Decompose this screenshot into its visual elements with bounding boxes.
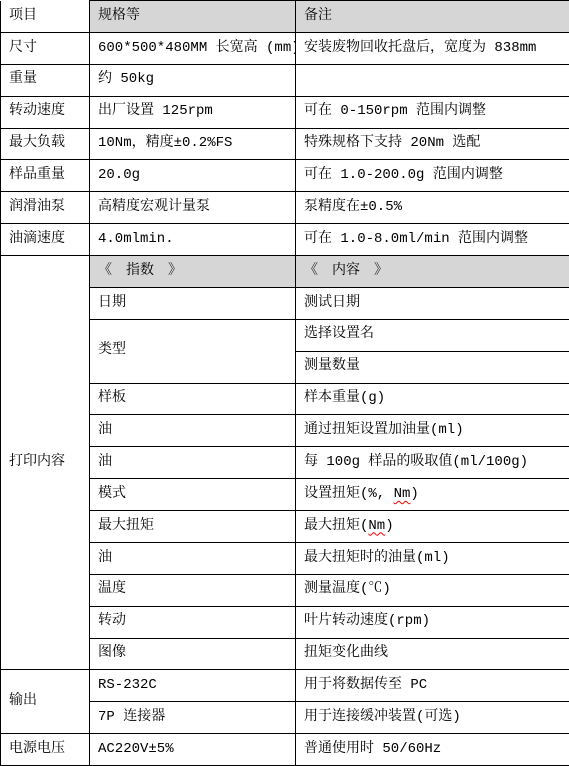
spec-cell: 约 50kg — [90, 64, 296, 96]
spec-cell: 4.0mlmin. — [90, 224, 296, 256]
print-index-cell: 图像 — [90, 638, 296, 670]
print-content-cell: 样本重量(g) — [296, 383, 569, 415]
print-index-cell: 日期 — [90, 287, 296, 319]
print-content-cell: 扭矩变化曲线 — [296, 638, 569, 670]
print-content-header-cell: 《 内容 》 — [296, 256, 569, 288]
item-cell: 样品重量 — [1, 160, 90, 192]
spec-row-rotation-speed: 转动速度 出厂设置 125rpm 可在 0-150rpm 范围内调整 — [1, 96, 569, 128]
header-spec-cell: 规格等 — [90, 1, 296, 33]
content-text: ) — [385, 518, 393, 534]
note-cell: 特殊规格下支持 20Nm 选配 — [296, 128, 569, 160]
print-index-header-cell: 《 指数 》 — [90, 256, 296, 288]
print-content-cell: 设置扭矩(%, Nm) — [296, 479, 569, 511]
print-content-cell: 测试日期 — [296, 287, 569, 319]
item-cell: 最大负载 — [1, 128, 90, 160]
spec-cell: AC220V±5% — [90, 734, 296, 766]
note-cell: 用于连接缓冲装置(可选) — [296, 702, 569, 734]
print-index-cell: 油 — [90, 447, 296, 479]
misspelled-nm: Nm — [368, 518, 385, 534]
print-content-cell: 叶片转动速度(rpm) — [296, 606, 569, 638]
content-text: 设置扭矩(%, — [304, 486, 394, 502]
print-index-cell: 最大扭矩 — [90, 511, 296, 543]
print-section-cell: 打印内容 — [1, 256, 90, 670]
spec-cell: 高精度宏观计量泵 — [90, 192, 296, 224]
print-index-cell: 油 — [90, 415, 296, 447]
note-cell — [296, 64, 569, 96]
note-cell: 安装废物回收托盘后，宽度为 838mm — [296, 32, 569, 64]
note-cell: 普通使用时 50/60Hz — [296, 734, 569, 766]
print-index-cell: 转动 — [90, 606, 296, 638]
misspelled-nm: Nm — [394, 486, 411, 502]
spec-row-dimensions: 尺寸 600*500*480MM 长宽高 (mm) 安装废物回收托盘后，宽度为 … — [1, 32, 569, 64]
note-cell: 可在 1.0-200.0g 范围内调整 — [296, 160, 569, 192]
item-cell: 润滑油泵 — [1, 192, 90, 224]
item-cell: 电源电压 — [1, 734, 90, 766]
print-index-cell: 样板 — [90, 383, 296, 415]
note-cell: 可在 1.0-8.0ml/min 范围内调整 — [296, 224, 569, 256]
note-cell: 可在 0-150rpm 范围内调整 — [296, 96, 569, 128]
spec-cell: RS-232C — [90, 670, 296, 702]
spec-row-max-load: 最大负载 10Nm，精度±0.2%FS 特殊规格下支持 20Nm 选配 — [1, 128, 569, 160]
content-text: 最大扭矩( — [304, 518, 368, 534]
spec-row-sample-weight: 样品重量 20.0g 可在 1.0-200.0g 范围内调整 — [1, 160, 569, 192]
print-index-cell: 类型 — [90, 319, 296, 383]
spec-cell: 7P 连接器 — [90, 702, 296, 734]
print-content-cell: 测量温度(℃) — [296, 574, 569, 606]
note-cell: 用于将数据传至 PC — [296, 670, 569, 702]
spec-cell: 出厂设置 125rpm — [90, 96, 296, 128]
note-cell: 泵精度在±0.5% — [296, 192, 569, 224]
print-content-cell: 测量数量 — [296, 351, 569, 383]
spec-row-power-voltage: 电源电压 AC220V±5% 普通使用时 50/60Hz — [1, 734, 569, 766]
spec-table: 项目 规格等 备注 尺寸 600*500*480MM 长宽高 (mm) 安装废物… — [0, 0, 569, 766]
item-cell: 油滴速度 — [1, 224, 90, 256]
spec-cell: 600*500*480MM 长宽高 (mm) — [90, 32, 296, 64]
item-cell: 重量 — [1, 64, 90, 96]
header-row: 项目 规格等 备注 — [1, 1, 569, 33]
item-cell: 转动速度 — [1, 96, 90, 128]
output-row-rs232c: 输出 RS-232C 用于将数据传至 PC — [1, 670, 569, 702]
print-content-cell: 每 100g 样品的吸取值(ml/100g) — [296, 447, 569, 479]
item-cell: 尺寸 — [1, 32, 90, 64]
print-content-cell: 最大扭矩(Nm) — [296, 511, 569, 543]
content-text: ) — [410, 486, 418, 502]
header-item-cell: 项目 — [1, 1, 90, 33]
spec-row-oil-pump: 润滑油泵 高精度宏观计量泵 泵精度在±0.5% — [1, 192, 569, 224]
spec-row-drip-rate: 油滴速度 4.0mlmin. 可在 1.0-8.0ml/min 范围内调整 — [1, 224, 569, 256]
spec-cell: 10Nm，精度±0.2%FS — [90, 128, 296, 160]
output-section-cell: 输出 — [1, 670, 90, 734]
print-content-cell: 选择设置名 — [296, 319, 569, 351]
spec-row-weight: 重量 约 50kg — [1, 64, 569, 96]
print-subheader-row: 打印内容 《 指数 》 《 内容 》 — [1, 256, 569, 288]
print-index-cell: 模式 — [90, 479, 296, 511]
print-content-cell: 最大扭矩时的油量(ml) — [296, 542, 569, 574]
print-index-cell: 温度 — [90, 574, 296, 606]
spec-cell: 20.0g — [90, 160, 296, 192]
print-index-cell: 油 — [90, 542, 296, 574]
print-content-cell: 通过扭矩设置加油量(ml) — [296, 415, 569, 447]
header-note-cell: 备注 — [296, 1, 569, 33]
